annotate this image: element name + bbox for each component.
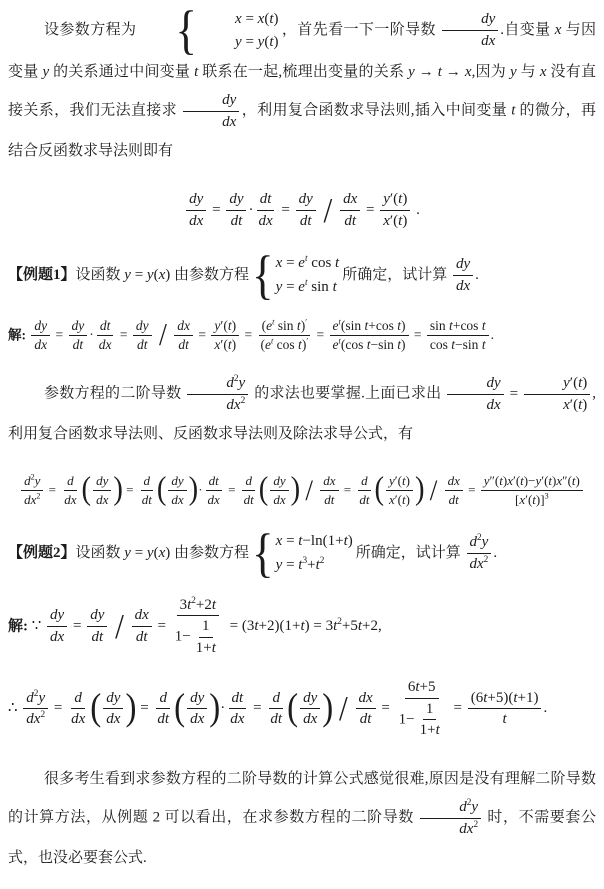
numerator: (et sin t)′ — [259, 318, 310, 337]
math-run: ) — [576, 473, 580, 488]
denominator: dt — [321, 491, 337, 508]
numerator: y′(t) — [524, 374, 590, 395]
math-run: + — [368, 318, 376, 333]
right-paren: ) — [415, 474, 425, 507]
numerator: dy — [453, 255, 473, 276]
denominator: dt — [154, 709, 172, 729]
math-run — [169, 327, 172, 342]
math-run: dx — [71, 711, 85, 727]
math-run: dt — [157, 711, 169, 727]
math-run: = — [362, 202, 378, 218]
denominator: 1+t — [193, 638, 219, 658]
math-run: ′( — [570, 397, 578, 413]
text-run: 与 — [517, 64, 540, 80]
text-run: 设函数 — [76, 544, 125, 560]
denominator: dx — [205, 491, 223, 508]
fraction: dydx — [442, 10, 498, 51]
math-run: y — [408, 64, 415, 80]
math-run: ) — [274, 11, 279, 27]
text-run: . — [475, 266, 479, 282]
math-run: = — [450, 700, 466, 716]
math-run: )] — [536, 492, 545, 507]
math-run: ) — [406, 492, 410, 507]
denominator: x′(t) — [380, 211, 410, 231]
system-row: x = t−ln(1+t) — [276, 531, 353, 551]
math-run: (6 — [471, 690, 484, 706]
math-expression: dydx — [181, 103, 241, 119]
superscript: 2 — [473, 820, 478, 830]
text-run: 的关系通过中间变量 — [49, 64, 194, 80]
denominator: x′(t) — [524, 395, 590, 415]
math-run: t — [212, 640, 216, 656]
math-expression: {x = et cos ty = et sin t — [249, 266, 342, 282]
paren-group: (dydx) — [259, 473, 300, 509]
fraction: ddt — [139, 473, 155, 509]
math-run: · — [220, 700, 225, 716]
numerator: dt — [97, 318, 114, 337]
numerator: dx — [445, 473, 463, 491]
fraction: dxdt — [132, 606, 152, 647]
denominator: dt — [88, 627, 106, 647]
math-run: dx — [64, 492, 76, 507]
math-run: = — [278, 202, 294, 218]
math-run: y — [235, 34, 242, 50]
math-run: +5)( — [487, 690, 513, 706]
division-slash: / — [324, 193, 333, 228]
math-run: dx — [50, 629, 64, 645]
math-run: y — [471, 799, 478, 815]
fraction: dydx — [183, 91, 239, 132]
math-run — [154, 327, 157, 342]
paren-content: dydx — [101, 689, 125, 730]
math-run: d — [67, 473, 74, 488]
system-row: y = t3+t2 — [276, 555, 353, 575]
math-run: = — [242, 34, 258, 50]
fraction: dydx — [168, 473, 186, 509]
math-run: − — [455, 337, 463, 352]
numerator: d2y — [23, 689, 48, 710]
numerator: 6t+5 — [405, 678, 439, 699]
math-run: dy — [222, 92, 236, 108]
denominator: dt — [139, 491, 155, 508]
numerator: sin t+cos t — [427, 318, 489, 337]
math-run: dx — [177, 318, 190, 333]
math-run: = — [225, 482, 239, 497]
math-expression: y → t → x — [408, 64, 471, 80]
function-name: sin — [278, 318, 294, 333]
denominator: dx2 — [467, 554, 492, 574]
paren-content: dydx — [298, 689, 322, 730]
superscript: 2 — [241, 396, 246, 406]
left-paren: ( — [157, 474, 167, 507]
fraction: d2ydx2 — [467, 533, 492, 574]
math-run: dx — [303, 711, 317, 727]
text-run: ，首先看一下一阶导数 — [282, 22, 441, 38]
math-run: y — [563, 375, 570, 391]
math-expression: dydx — [451, 266, 475, 282]
math-run: = — [465, 482, 479, 497]
math-run: dy — [189, 191, 203, 207]
right-paren: ) — [322, 690, 333, 728]
superscript: 2 — [320, 556, 325, 566]
second-derivative-intro: 参数方程的二阶导数 d2ydx2 的求法也要掌握.上面已求出 dydx = y′… — [8, 374, 596, 453]
numerator: dy — [31, 318, 50, 337]
math-run: d — [459, 799, 467, 815]
math-run: ) — [232, 337, 237, 352]
math-run: dx — [481, 33, 495, 49]
denominator: dx — [187, 709, 207, 729]
denominator: dt — [356, 491, 372, 508]
numerator: dy — [300, 689, 320, 710]
math-run: dt — [300, 213, 312, 229]
math-run: +2 — [196, 597, 212, 613]
math-run: dx — [99, 337, 112, 352]
fraction: dydt — [226, 190, 246, 231]
label: 【例题2】 — [8, 544, 76, 560]
math-run: d — [144, 473, 151, 488]
math-expression: ∴ d2ydx2 = ddx(dydx) = ddt(dydx)·dtdx = … — [8, 700, 547, 716]
math-run: dx — [323, 473, 335, 488]
paren-content: dydx — [268, 473, 290, 509]
denominator: dt — [70, 336, 87, 354]
math-run: = — [378, 700, 394, 716]
math-run: ′( — [390, 213, 398, 229]
system-rows: x = t−ln(1+t)y = t3+t2 — [276, 531, 353, 575]
function-name: sin — [378, 337, 394, 352]
math-run: )− — [524, 473, 536, 488]
text-run: ,因为 — [472, 64, 510, 80]
system-row: x = et cos t — [276, 253, 340, 273]
math-run: dt — [136, 629, 148, 645]
math-run: = — [195, 327, 209, 342]
math-run: 2 — [36, 492, 40, 501]
numerator: d2y — [187, 374, 248, 395]
math-run: y — [482, 534, 489, 550]
denominator: 1−11+t — [172, 616, 224, 658]
math-run: d — [272, 690, 280, 706]
numerator: dy — [69, 318, 88, 337]
math-run: d — [226, 375, 234, 391]
math-run: y — [239, 375, 246, 391]
math-run: dt — [324, 492, 334, 507]
numerator: dy — [168, 473, 186, 491]
math-run: 1− — [175, 629, 191, 645]
numerator: dx — [174, 318, 193, 337]
function-name: cos — [460, 318, 478, 333]
numerator: dy — [47, 606, 67, 627]
numerator: d — [64, 473, 77, 491]
math-run — [109, 618, 113, 634]
numerator: dy — [186, 190, 206, 211]
label: 解: — [8, 618, 32, 634]
math-run: x — [383, 213, 390, 229]
left-paren: ( — [82, 474, 92, 507]
math-run: dx — [208, 492, 220, 507]
math-run: = — [282, 533, 298, 549]
math-run: 2 — [40, 710, 45, 720]
math-run: dx — [135, 607, 149, 623]
math-run: − — [371, 337, 379, 352]
denominator: dt — [297, 211, 315, 231]
math-expression: {x = x(t)y = y(t) — [136, 22, 281, 38]
math-run — [126, 618, 130, 634]
equation-system: {x = t−ln(1+t)y = t3+t2 — [252, 531, 353, 576]
math-run — [318, 202, 322, 218]
math-run: dy — [229, 191, 243, 207]
denominator: dx — [31, 336, 50, 354]
fraction: (et sin t)′(et cos t)′ — [257, 318, 311, 355]
math-run: d — [470, 534, 478, 550]
system-row: x = x(t) — [199, 9, 278, 29]
fraction: dydx — [103, 689, 123, 730]
fraction: (6t+5)(t+1)t — [468, 689, 542, 730]
denominator: dx2 — [187, 395, 248, 415]
right-paren: ) — [209, 690, 220, 728]
denominator: x′(t) — [211, 336, 239, 354]
right-paren: ) — [291, 474, 301, 507]
system-row: y = y(t) — [199, 32, 278, 52]
math-run: dx — [189, 213, 203, 229]
function-name: cos — [430, 337, 448, 352]
fraction: dxdt — [320, 473, 338, 509]
math-run: d — [26, 690, 34, 706]
fraction: dydx — [93, 473, 111, 509]
denominator: 1+t — [417, 720, 443, 740]
math-run: dy — [299, 191, 313, 207]
numerator: dt — [206, 473, 222, 491]
system-rows: x = et cos ty = et sin t — [276, 253, 340, 297]
math-run: → — [442, 64, 465, 80]
function-name: cos — [311, 255, 331, 271]
fraction: 3t2+2t1−11+t — [172, 596, 224, 658]
math-run: d — [361, 473, 368, 488]
math-run: ) — [402, 191, 407, 207]
denominator: dx — [255, 211, 275, 231]
math-run: dx — [456, 278, 470, 294]
fraction: et(sin t+cos t)et(cos t−sin t) — [330, 318, 409, 355]
fraction: dxdt — [174, 318, 193, 355]
paren-group: (dydx) — [287, 689, 333, 730]
text-run: 设参数方程为 — [44, 22, 136, 38]
math-run: = — [282, 279, 298, 295]
math-run: ) — [582, 375, 587, 391]
math-run: e — [298, 279, 305, 295]
denominator: dt — [267, 709, 285, 729]
paren-content: dydx — [91, 473, 113, 509]
denominator: dt — [357, 709, 375, 729]
math-run: y — [147, 544, 154, 560]
text-run: 设函数 — [76, 266, 125, 282]
math-run: dx — [258, 213, 272, 229]
math-run: dx — [171, 492, 183, 507]
numerator: (6t+5)(t+1) — [468, 689, 542, 710]
left-brace: { — [252, 526, 274, 580]
numerator: dy — [93, 473, 111, 491]
math-run: t — [212, 597, 216, 613]
fraction: dydx — [187, 689, 207, 730]
denominator: dx — [227, 709, 247, 729]
math-run: t — [436, 722, 440, 738]
math-expression: d2ydx2 — [418, 810, 483, 826]
fraction: dydx — [31, 318, 50, 355]
example1-solution: 解: dydx = dydt·dtdx = dydt / dxdt = y′(t… — [8, 318, 596, 355]
denominator: dx — [68, 709, 88, 729]
denominator: dt — [241, 491, 257, 508]
division-slash: / — [115, 609, 124, 644]
math-run: . — [412, 202, 420, 218]
math-run: t — [503, 711, 507, 727]
fraction: ddt — [267, 689, 285, 730]
math-run: ) — [582, 397, 587, 413]
math-run: = — [154, 618, 170, 634]
math-run: dt — [260, 191, 272, 207]
math-run: 1 — [202, 618, 210, 634]
math-run: → — [415, 64, 438, 80]
math-run: ′( — [220, 337, 227, 352]
math-run: ′ — [306, 337, 308, 346]
denominator: dx — [453, 276, 473, 296]
math-run: t — [482, 318, 486, 333]
math-run: (1+ — [323, 533, 344, 549]
fraction: dxdt — [445, 473, 463, 509]
denominator: dt — [175, 336, 192, 354]
math-run — [439, 482, 442, 497]
denominator: et(cos t−sin t) — [330, 336, 409, 354]
math-expression: y = y(x) — [124, 544, 170, 560]
math-run: dx — [190, 711, 204, 727]
math-run: ) — [402, 213, 407, 229]
numerator: dy — [87, 606, 107, 627]
denominator: dt — [134, 336, 151, 354]
fraction: dydx — [47, 606, 67, 647]
fraction: 11+t — [417, 700, 443, 741]
numerator: dy — [447, 374, 503, 395]
denominator: dx — [270, 491, 288, 508]
math-run: dt — [231, 213, 243, 229]
math-run: ∴ — [8, 700, 21, 716]
example2-solution-step1: 解: ∵ dydx = dydt / dxdt = 3t2+2t1−11+t =… — [8, 596, 596, 658]
math-run: dy — [72, 318, 85, 333]
math-run: y — [35, 473, 41, 488]
math-run: x — [465, 64, 472, 80]
numerator: dy — [270, 473, 288, 491]
equation-system: {x = et cos ty = et sin t — [252, 253, 339, 298]
math-run: dt — [244, 492, 254, 507]
superscript: 3 — [545, 492, 549, 501]
fraction: dydt — [133, 318, 152, 355]
fraction: dydx — [453, 255, 473, 296]
math-run: dy — [171, 473, 183, 488]
numerator: et(sin t+cos t) — [330, 318, 409, 337]
math-run: = — [45, 482, 59, 497]
math-run: = — [242, 11, 258, 27]
numerator: dy — [103, 689, 123, 710]
math-run: +5 — [420, 679, 436, 695]
math-run: ) — [232, 318, 237, 333]
fraction: d2ydx2 — [187, 374, 248, 415]
left-paren: ( — [174, 690, 185, 728]
division-slash: / — [339, 692, 348, 727]
math-run: = — [117, 327, 131, 342]
math-run: dx — [273, 492, 285, 507]
denominator: dx — [47, 627, 67, 647]
fraction: dtdx — [205, 473, 223, 509]
denominator: (et cos t)′ — [257, 336, 311, 354]
denominator: 1−11+t — [396, 699, 448, 741]
math-run: dy — [106, 690, 120, 706]
math-run: dt — [142, 492, 152, 507]
math-run: = — [506, 386, 523, 402]
math-run: dx — [34, 337, 47, 352]
fraction: dtdx — [255, 190, 275, 231]
text-run: ，利用复合函数求导法则,插入中间变量 — [241, 103, 511, 119]
paren-group: (dydx) — [157, 473, 198, 509]
numerator: y″(t)x′(t)−y′(t)x″(t) — [481, 473, 583, 491]
math-run: x — [540, 64, 547, 80]
label: 解: — [8, 327, 29, 342]
text-run: 所确定，试计算 — [356, 544, 465, 560]
math-run: x — [563, 397, 570, 413]
fraction: dydx — [447, 374, 503, 415]
division-slash: / — [305, 476, 313, 506]
left-paren: ( — [287, 690, 298, 728]
superscript: ′ — [305, 317, 307, 326]
math-run: dy — [486, 375, 500, 391]
math-run: d — [74, 690, 82, 706]
fraction: y′(t)x′(t) — [211, 318, 239, 355]
math-run: dx — [226, 397, 240, 413]
math-run: dx — [222, 114, 236, 130]
math-run: dy — [456, 256, 470, 272]
math-run: dt — [360, 711, 372, 727]
denominator: dx — [447, 395, 503, 415]
math-run: = — [241, 327, 255, 342]
math-run: = — [52, 327, 66, 342]
denominator: dx — [442, 31, 498, 51]
superscript: ′ — [306, 337, 308, 346]
math-run: y — [510, 64, 517, 80]
denominator: dx — [103, 709, 123, 729]
math-run: y — [383, 191, 390, 207]
math-expression: dydx = y′(t)x′(t) — [445, 386, 592, 402]
math-run: ′( — [220, 318, 227, 333]
math-run: dt — [73, 337, 84, 352]
math-run: 3 — [180, 597, 188, 613]
text-run: .自变量 — [500, 22, 555, 38]
math-run: dt — [449, 492, 459, 507]
denominator: dx2 — [420, 819, 481, 839]
denominator: dt — [133, 627, 151, 647]
math-run — [333, 700, 337, 716]
example2-solution-step2: ∴ d2ydx2 = ddx(dydx) = ddt(dydx)·dtdx = … — [8, 678, 596, 740]
function-name: cos — [376, 318, 394, 333]
numerator: y′(t) — [211, 318, 239, 337]
math-run: ∵ — [32, 618, 45, 634]
math-run: dt — [270, 711, 282, 727]
right-paren: ) — [113, 474, 123, 507]
superscript: 2 — [36, 492, 40, 501]
math-run — [350, 700, 354, 716]
denominator: dx2 — [23, 709, 48, 729]
function-name: cos — [345, 337, 363, 352]
text-run: 由参数方程 — [170, 266, 249, 282]
left-paren: ( — [374, 474, 384, 507]
fraction: dxdt — [356, 689, 376, 730]
fraction: dtdx — [227, 689, 247, 730]
text-run: 参数方程的二阶导数 — [44, 386, 185, 402]
math-expression: ∵ dydx = dydt / dxdt = 3t2+2t1−11+t = (3… — [32, 618, 382, 634]
math-run: ″( — [489, 473, 499, 488]
